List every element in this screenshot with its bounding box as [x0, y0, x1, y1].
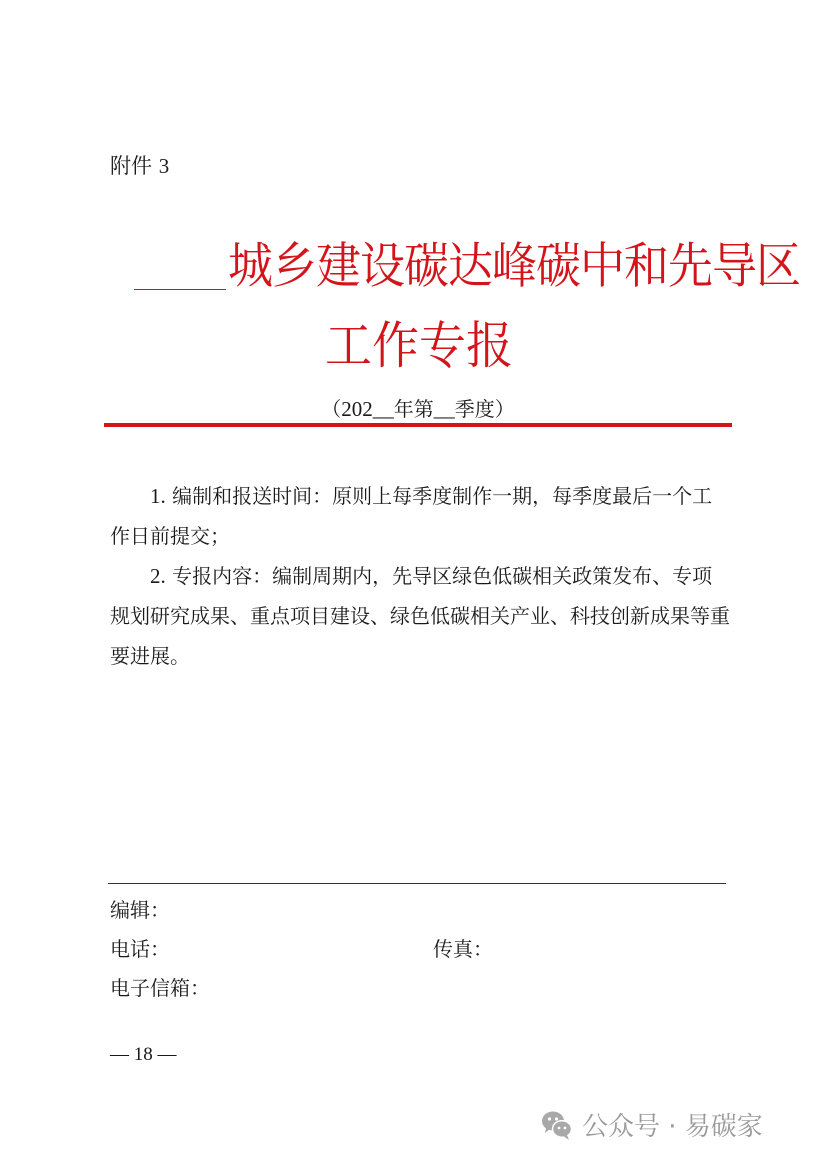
- item-number: 1.: [150, 484, 166, 508]
- attachment-label: 附件 3: [110, 150, 169, 180]
- subtitle-open-paren: （: [321, 397, 341, 421]
- subtitle-quarter-blank: __: [434, 397, 455, 421]
- subtitle-close-paren: ）: [495, 397, 515, 421]
- attachment-text: 附件: [110, 154, 152, 178]
- fax-label: 传真：: [433, 933, 493, 962]
- editor-label: 编辑：: [110, 894, 170, 923]
- body-item-1: 1. 编制和报送时间：原则上每季度制作一期，每季度最后一个工作日前提交；: [110, 476, 730, 556]
- footer-divider: [108, 883, 726, 884]
- body-item-2: 2. 专报内容：编制周期内，先导区绿色低碳相关政策发布、专项规划研究成果、重点项…: [110, 556, 730, 676]
- item-text: 编制和报送时间：原则上每季度制作一期，每季度最后一个工作日前提交；: [110, 484, 712, 548]
- wechat-icon: [540, 1108, 574, 1142]
- attachment-number: 3: [159, 154, 170, 178]
- subtitle-year-label: 年第: [394, 397, 434, 421]
- document-title-line2: 工作专报: [0, 314, 826, 381]
- subtitle-quarter-label: 季度: [455, 397, 495, 421]
- title-blank-underline: [134, 289, 226, 290]
- item-number: 2.: [150, 564, 166, 588]
- watermark-text: 公众号 · 易碳家: [582, 1106, 763, 1143]
- document-body: 1. 编制和报送时间：原则上每季度制作一期，每季度最后一个工作日前提交； 2. …: [110, 476, 730, 676]
- subtitle-year-prefix: 202: [341, 397, 373, 421]
- page-number: — 18 —: [110, 1044, 177, 1066]
- document-title-line1: 城乡建设碳达峰碳中和先导区: [134, 238, 800, 300]
- red-divider: [104, 423, 732, 427]
- title-text-line1: 城乡建设碳达峰碳中和先导区: [228, 233, 800, 300]
- watermark: 公众号 · 易碳家: [540, 1106, 763, 1143]
- subtitle-year-blank: __: [373, 397, 394, 421]
- phone-label: 电话：: [110, 933, 170, 962]
- document-subtitle: （202__年第__季度）: [0, 393, 826, 422]
- item-text: 专报内容：编制周期内，先导区绿色低碳相关政策发布、专项规划研究成果、重点项目建设…: [110, 564, 730, 668]
- email-label: 电子信箱：: [110, 972, 210, 1001]
